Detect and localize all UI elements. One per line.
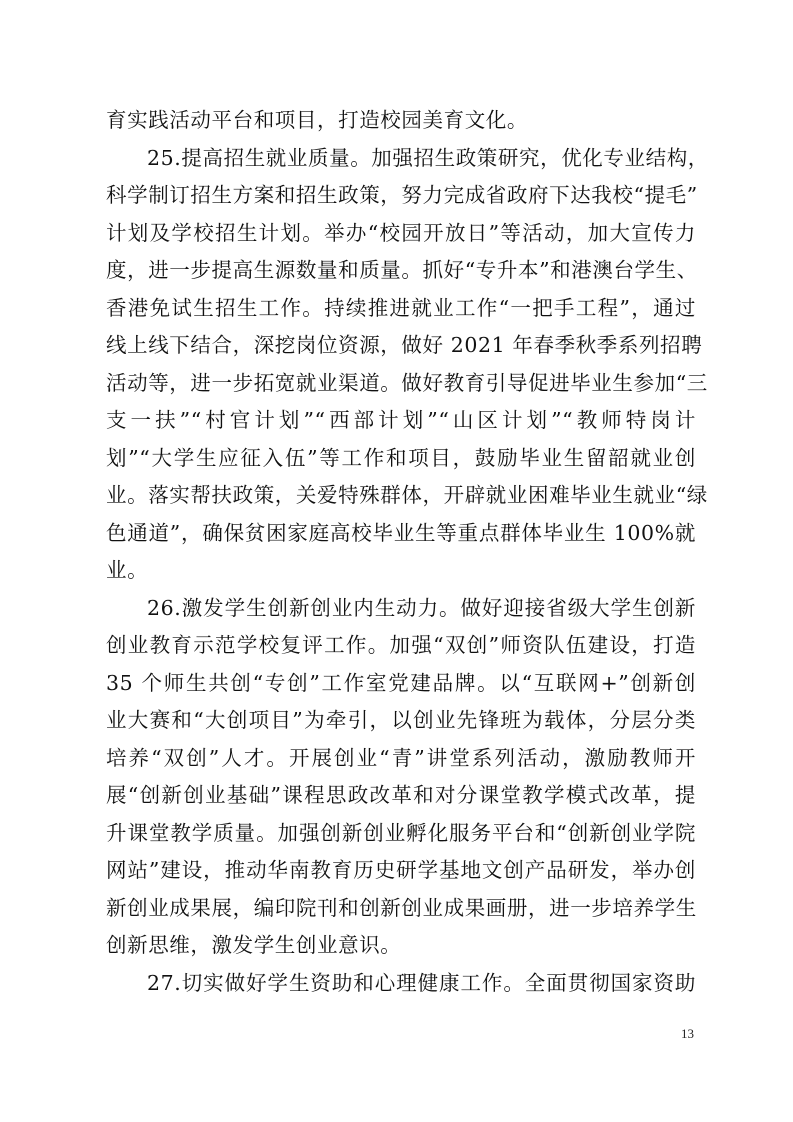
text-line: 网站”建设，推动华南教育历史研学基地文创产品研发，举办创 [106, 852, 696, 890]
text-line: 线上线下结合，深挖岗位资源，做好 2021 年春季秋季系列招聘 [106, 327, 696, 365]
text-line: 色通道”，确保贫困家庭高校毕业生等重点群体毕业生 100%就 [106, 515, 696, 553]
text-line: 创业教育示范学校复评工作。加强“双创”师资队伍建设，打造 [106, 627, 696, 665]
text-line: 35 个师生共创“专创”工作室党建品牌。以“互联网+”创新创 [106, 665, 696, 703]
document-body: 育实践活动平台和项目，打造校园美育文化。 25.提高招生就业质量。加强招生政策研… [106, 102, 696, 1002]
text-line: 业大赛和“大创项目”为牵引，以创业先锋班为载体，分层分类 [106, 702, 696, 740]
text-line: 创新思维，激发学生创业意识。 [106, 927, 696, 965]
text-line: 培养“双创”人才。开展创业“青”讲堂系列活动，激励教师开 [106, 740, 696, 778]
text-line: 香港免试生招生工作。持续推进就业工作“一把手工程”，通过 [106, 290, 696, 328]
text-line: 业。落实帮扶政策，关爱特殊群体，开辟就业困难毕业生就业“绿 [106, 477, 696, 515]
section-heading-27: 27.切实做好学生资助和心理健康工作。全面贯彻国家资助 [106, 965, 696, 1003]
page-number: 13 [681, 1026, 694, 1042]
text-line: 支一扶”“村官计划”“西部计划”“山区计划”“教师特岗计 [106, 402, 696, 440]
text-line: 育实践活动平台和项目，打造校园美育文化。 [106, 102, 696, 140]
text-line: 计划及学校招生计划。举办“校园开放日”等活动，加大宣传力 [106, 215, 696, 253]
text-line: 度，进一步提高生源数量和质量。抓好“专升本”和港澳台学生、 [106, 252, 696, 290]
section-heading-26: 26.激发学生创新创业内生动力。做好迎接省级大学生创新 [106, 590, 696, 628]
text-line: 升课堂教学质量。加强创新创业孵化服务平台和“创新创业学院 [106, 815, 696, 853]
text-line: 业。 [106, 552, 696, 590]
section-heading-25: 25.提高招生就业质量。加强招生政策研究，优化专业结构， [106, 140, 696, 178]
text-line: 划”“大学生应征入伍”等工作和项目，鼓励毕业生留韶就业创 [106, 440, 696, 478]
text-line: 科学制订招生方案和招生政策，努力完成省政府下达我校“提毛” [106, 177, 696, 215]
text-line: 活动等，进一步拓宽就业渠道。做好教育引导促进毕业生参加“三 [106, 365, 696, 403]
text-line: 展“创新创业基础”课程思政改革和对分课堂教学模式改革，提 [106, 777, 696, 815]
text-line: 新创业成果展，编印院刊和创新创业成果画册，进一步培养学生 [106, 890, 696, 928]
